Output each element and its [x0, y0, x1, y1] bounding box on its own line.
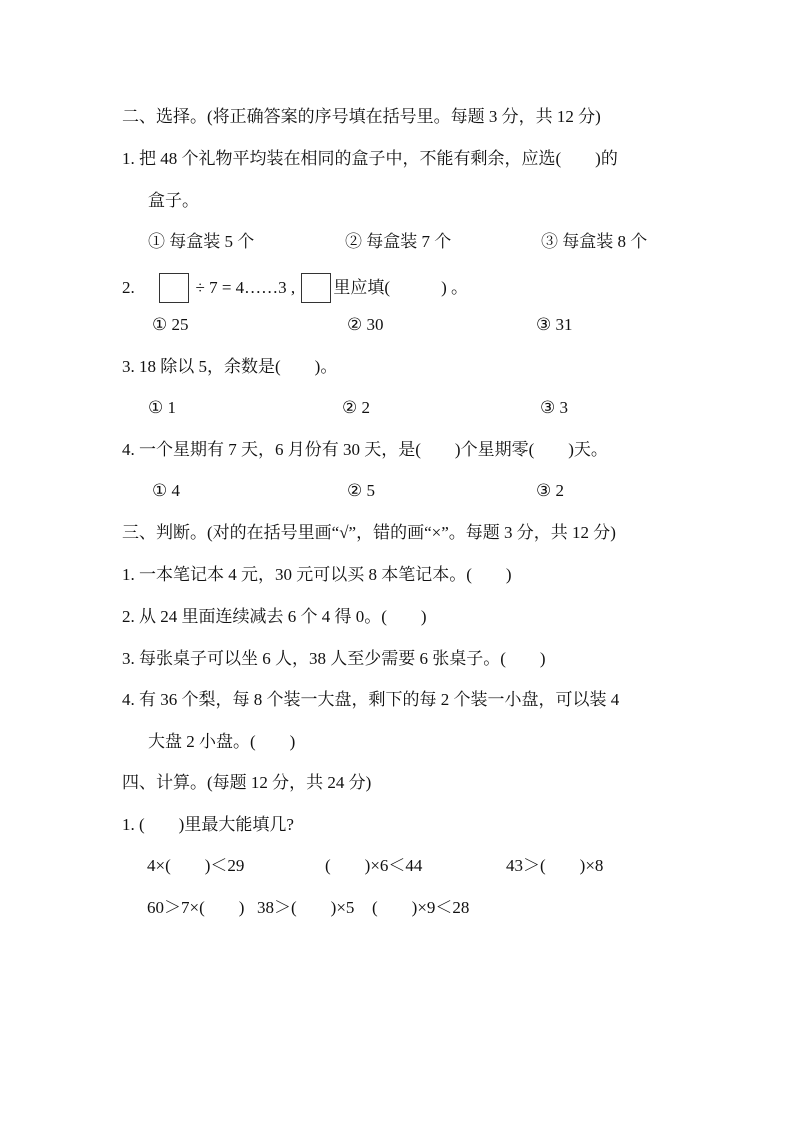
q1-line1: 1. 把 48 个礼物平均装在相同的盒子中，不能有剩余，应选( )的 — [122, 148, 618, 170]
calc-row2-item2: 38＞( )×5 — [257, 897, 354, 919]
calc-row1-item3: 43＞( )×8 — [506, 855, 603, 877]
calc-row2-item3: ( )×9＜28 — [372, 897, 469, 919]
judge-item-4-line2: 大盘 2 小盘。( ) — [148, 731, 295, 753]
q2-number: 2. — [122, 278, 135, 297]
q2-option-2: ② 30 — [347, 314, 384, 336]
q1-option-2: ② 每盒装 7 个 — [345, 231, 451, 253]
judge-item-2: 2. 从 24 里面连续减去 6 个 4 得 0。( ) — [122, 606, 427, 628]
calc-row1-item2: ( )×6＜44 — [325, 855, 422, 877]
q3-option-1: ① 1 — [148, 397, 176, 419]
answer-box[interactable] — [159, 273, 189, 303]
q2-tail: 里应填( ) 。 — [333, 278, 468, 297]
q3-option-2: ② 2 — [342, 397, 370, 419]
calc-q1: 1. ( )里最大能填几? — [122, 814, 294, 836]
q1-option-1: ① 每盒装 5 个 — [148, 231, 254, 253]
calc-row1-item1: 4×( )＜29 — [147, 855, 244, 877]
q4-option-2: ② 5 — [347, 480, 375, 502]
q4-line: 4. 一个星期有 7 天，6 月份有 30 天，是( )个星期零( )天。 — [122, 439, 608, 461]
q2-line: 2. ÷ 7 = 4……3 , 里应填( ) 。 — [122, 274, 468, 304]
q3-line: 3. 18 除以 5，余数是( )。 — [122, 356, 337, 378]
q2-option-1: ① 25 — [152, 314, 189, 336]
section-2-title: 二、选择。(将正确答案的序号填在括号里。每题 3 分，共 12 分) — [122, 106, 601, 128]
q1-option-3: ③ 每盒装 8 个 — [541, 231, 647, 253]
judge-item-4: 4. 有 36 个梨，每 8 个装一大盘，剩下的每 2 个装一小盘，可以装 4 — [122, 689, 619, 711]
calc-row2-item1: 60＞7×( ) — [147, 897, 244, 919]
answer-box[interactable] — [301, 273, 331, 303]
q2-option-3: ③ 31 — [536, 314, 573, 336]
q4-option-3: ③ 2 — [536, 480, 564, 502]
q2-expression: ÷ 7 = 4……3 , — [196, 278, 296, 297]
judge-item-1: 1. 一本笔记本 4 元，30 元可以买 8 本笔记本。( ) — [122, 564, 512, 586]
q3-option-3: ③ 3 — [540, 397, 568, 419]
judge-item-3: 3. 每张桌子可以坐 6 人，38 人至少需要 6 张桌子。( ) — [122, 648, 546, 670]
section-4-title: 四、计算。(每题 12 分，共 24 分) — [122, 772, 371, 794]
section-3-title: 三、判断。(对的在括号里画“√”，错的画“×”。每题 3 分，共 12 分) — [122, 522, 616, 544]
q4-option-1: ① 4 — [152, 480, 180, 502]
q1-line2: 盒子。 — [148, 190, 199, 212]
